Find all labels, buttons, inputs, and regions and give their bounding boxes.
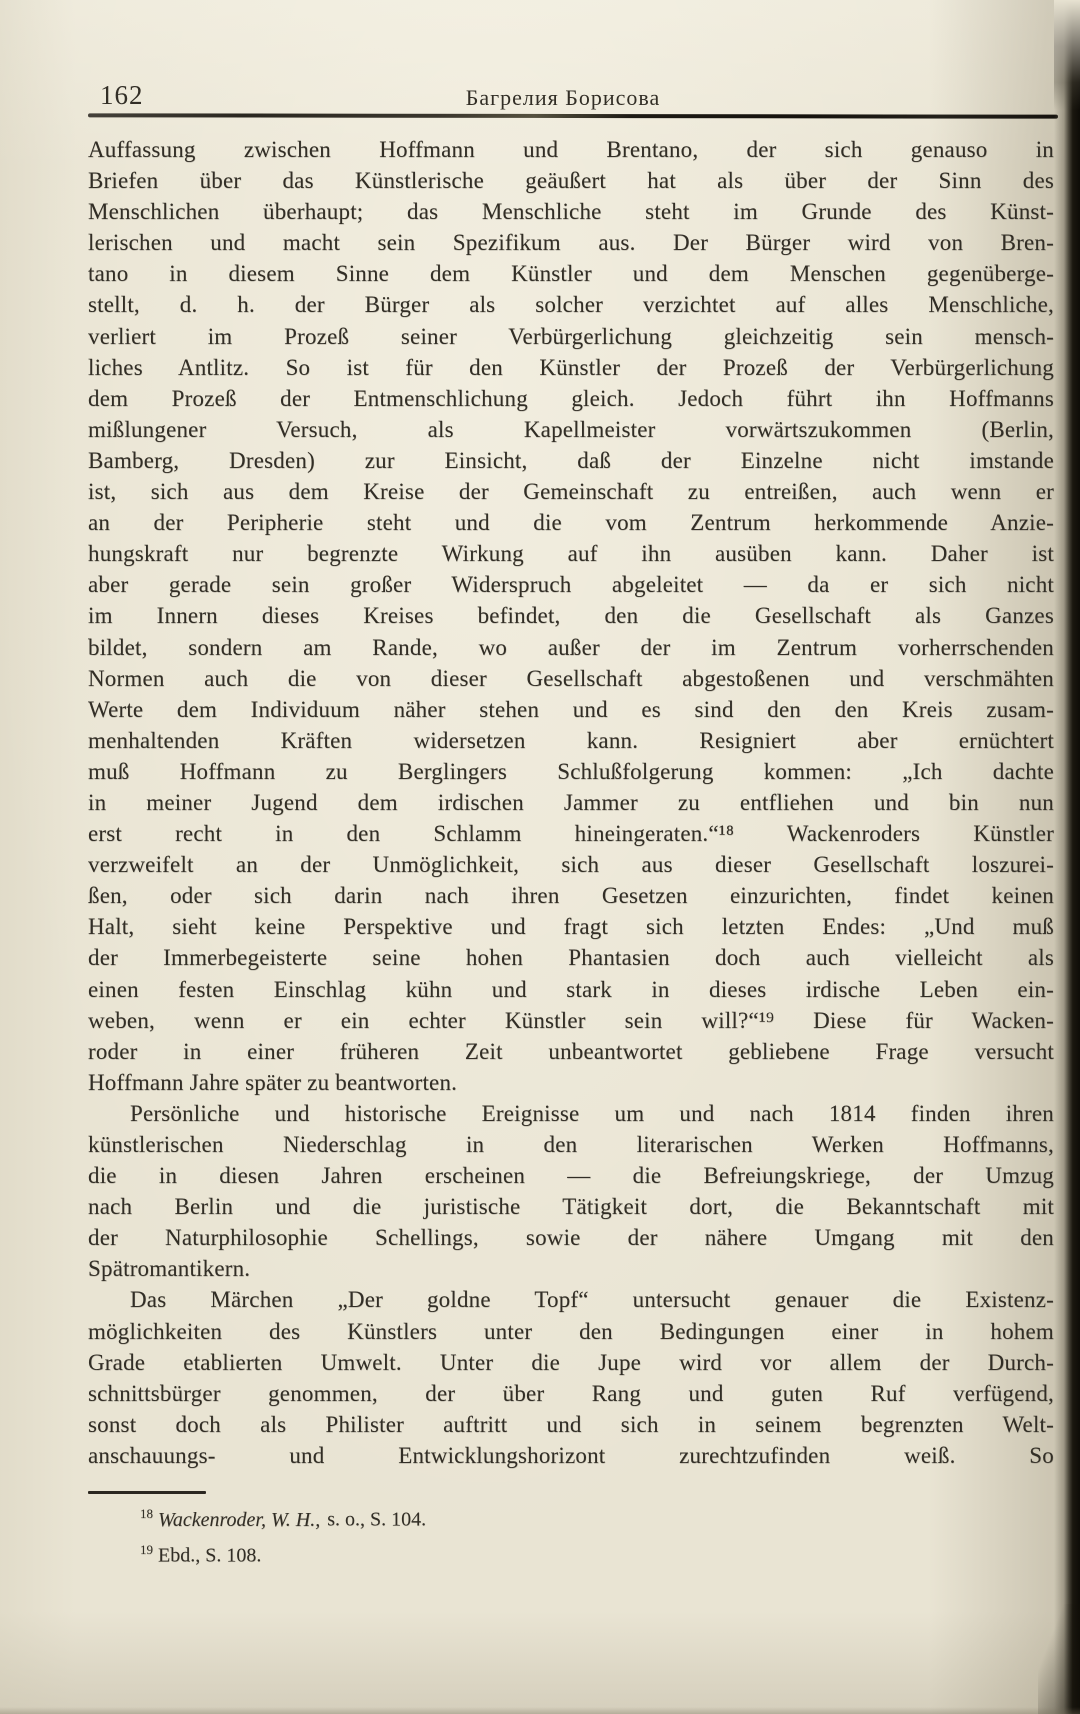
text-line: bildet, sondern am Rande, wo außer der i… — [88, 632, 1054, 663]
text-line: mißlungener Versuch, als Kapellmeister v… — [88, 414, 1054, 445]
footnote: 18Wackenroder, W. H., s. o., S. 104. — [140, 1499, 960, 1535]
text-line: Werte dem Individuum näher stehen und es… — [88, 694, 1054, 725]
footnote-text: s. o., S. 104. — [327, 1509, 426, 1531]
footnote-rule — [88, 1491, 206, 1494]
text-line: verzweifelt an der Unmöglichkeit, sich a… — [88, 849, 1054, 880]
text-line: verliert im Prozeß seiner Verbürgerlichu… — [88, 321, 1054, 352]
paragraph: Das Märchen „Der goldne Topf“ untersucht… — [88, 1284, 1054, 1471]
header-rule — [88, 113, 1058, 118]
text-line: die in diesen Jahren erscheinen — die Be… — [88, 1160, 1054, 1191]
running-head: Багрелия Борисова — [80, 85, 1046, 111]
text-line: Menschlichen überhaupt; das Menschliche … — [88, 196, 1054, 227]
text-line: Spätromantikern. — [88, 1253, 1054, 1284]
text-line: Halt, sieht keine Perspektive und fragt … — [88, 911, 1054, 942]
text-line: an der Peripherie steht und die vom Zent… — [88, 507, 1054, 538]
text-line: Grade etablierten Umwelt. Unter die Jupe… — [88, 1347, 1054, 1378]
text-line: Persönliche und historische Ereignisse u… — [88, 1098, 1054, 1129]
text-line: lerischen und macht sein Spezifikum aus.… — [88, 227, 1054, 258]
text-line: sonst doch als Philister auftritt und si… — [88, 1409, 1054, 1440]
text-line: liches Antlitz. So ist für den Künstler … — [88, 352, 1054, 383]
text-line: nach Berlin und die juristische Tätigkei… — [88, 1191, 1054, 1222]
text-line: Briefen über das Künstlerische geäußert … — [88, 165, 1054, 196]
bottom-edge-shadow — [0, 1707, 1080, 1714]
text-line: hungskraft nur begrenzte Wirkung auf ihn… — [88, 538, 1054, 569]
text-line: ist, sich aus dem Kreise der Gemeinschaf… — [88, 476, 1054, 507]
footnote-author: Wackenroder, W. H., — [158, 1509, 320, 1531]
paragraph: Persönliche und historische Ereignisse u… — [88, 1098, 1054, 1285]
text-line: muß Hoffmann zu Berglingers Schlußfolger… — [88, 756, 1054, 787]
footnotes: 18Wackenroder, W. H., s. o., S. 104.19Eb… — [140, 1499, 960, 1570]
body-text: Auffassung zwischen Hoffmann und Brentan… — [88, 134, 1054, 1471]
text-line: dem Prozeß der Entmenschlichung gleich. … — [88, 383, 1054, 414]
text-line: einen festen Einschlag kühn und stark in… — [88, 974, 1054, 1005]
footnote-text: Ebd., S. 108. — [158, 1544, 261, 1566]
text-line: Auffassung zwischen Hoffmann und Brentan… — [88, 134, 1054, 165]
text-line: künstlerischen Niederschlag in den liter… — [88, 1129, 1054, 1160]
text-line: erst recht in den Schlamm hineingeraten.… — [88, 818, 1054, 849]
text-line: möglichkeiten des Künstlers unter den Be… — [88, 1316, 1054, 1347]
text-line: tano in diesem Sinne dem Künstler und de… — [88, 258, 1054, 289]
text-line: der Immerbegeisterte seine hohen Phantas… — [88, 942, 1054, 973]
text-line: der Naturphilosophie Schellings, sowie d… — [88, 1222, 1054, 1253]
text-line: Bamberg, Dresden) zur Einsicht, daß der … — [88, 445, 1054, 476]
text-line: im Innern dieses Kreises befindet, den d… — [88, 600, 1054, 631]
text-line: aber gerade sein großer Widerspruch abge… — [88, 569, 1054, 600]
text-line: menhaltenden Kräften widersetzen kann. R… — [88, 725, 1054, 756]
text-line: Normen auch die von dieser Gesellschaft … — [88, 663, 1054, 694]
book-edge-shadow — [1054, 0, 1080, 1714]
text-line: in meiner Jugend dem irdischen Jammer zu… — [88, 787, 1054, 818]
text-line: anschauungs- und Entwicklungshorizont zu… — [88, 1440, 1054, 1471]
footnote: 19Ebd., S. 108. — [140, 1535, 960, 1571]
text-line: schnittsbürger genommen, der über Rang u… — [88, 1378, 1054, 1409]
footnote-marker: 18 — [140, 1506, 153, 1521]
text-line: stellt, d. h. der Bürger als solcher ver… — [88, 289, 1054, 320]
text-line: roder in einer früheren Zeit unbeantwort… — [88, 1036, 1054, 1067]
paragraph: Auffassung zwischen Hoffmann und Brentan… — [88, 134, 1054, 1098]
text-line: Das Märchen „Der goldne Topf“ untersucht… — [88, 1284, 1054, 1315]
text-line: weben, wenn er ein echter Künstler sein … — [88, 1005, 1054, 1036]
text-line: ßen, oder sich darin nach ihren Gesetzen… — [88, 880, 1054, 911]
text-line: Hoffmann Jahre später zu beantworten. — [88, 1067, 1054, 1098]
footnote-marker: 19 — [140, 1542, 153, 1557]
